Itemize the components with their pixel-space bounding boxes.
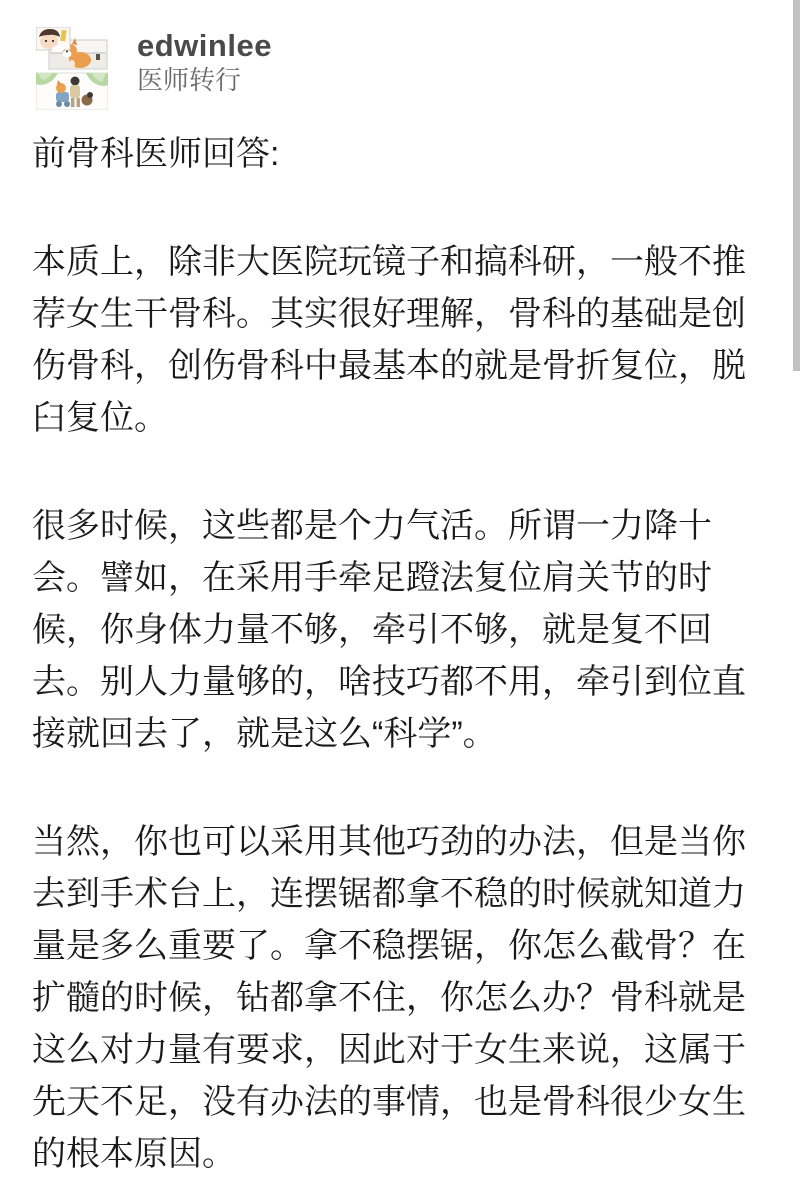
post-paragraph: 很多时候，这些都是个力气活。所谓一力降十会。譬如，在采用手牵足蹬法复位肩关节的时…	[32, 500, 748, 760]
post-paragraph: 前骨科医师回答:	[32, 128, 748, 180]
scrollbar[interactable]	[793, 0, 800, 1201]
post-paragraph: 当然，你也可以采用其他巧劲的办法，但是当你去到手术台上，连摆锯都拿不稳的时候就知…	[32, 816, 748, 1180]
scrollbar-thumb[interactable]	[793, 0, 800, 371]
post-page: edwinlee 医师转行 前骨科医师回答: 本质上，除非大医院玩镜子和搞科研，…	[0, 0, 800, 1201]
post-body: 前骨科医师回答: 本质上，除非大医院玩镜子和搞科研，一般不推荐女生干骨科。其实很…	[32, 128, 748, 1180]
username[interactable]: edwinlee	[137, 30, 272, 62]
user-tagline: 医师转行	[137, 67, 241, 94]
avatar-illustration	[36, 27, 108, 110]
post-paragraph: 本质上，除非大医院玩镜子和搞科研，一般不推荐女生干骨科。其实很好理解，骨科的基础…	[32, 236, 748, 444]
user-avatar[interactable]	[36, 27, 108, 110]
